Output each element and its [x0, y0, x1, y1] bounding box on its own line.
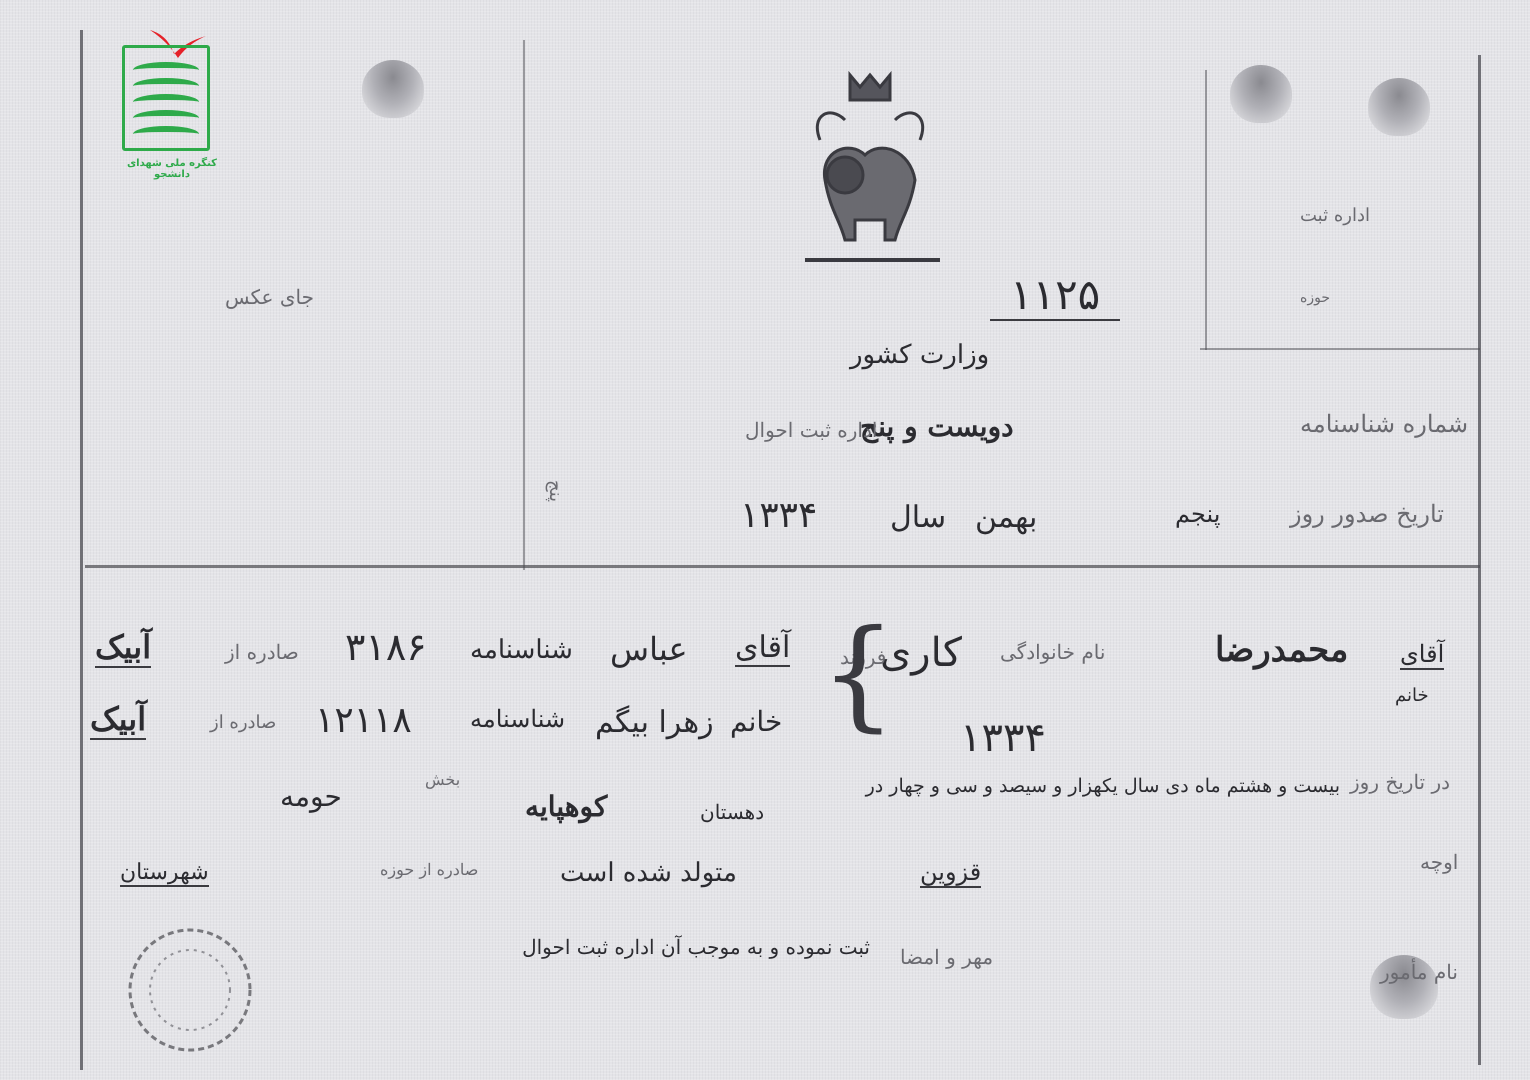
ministry-title: وزارت کشور — [850, 340, 989, 370]
birth-line1-text: بیست و هشتم ماه دی سال یکهزار و سیصد و س… — [840, 775, 1340, 797]
father-issued-from: آبیک — [95, 628, 151, 668]
father-issued-label: صادره از — [225, 640, 299, 664]
photo-box-divider — [523, 40, 525, 570]
father-title: آقای — [735, 630, 790, 667]
lion-and-sun-emblem-icon — [790, 70, 950, 280]
birth-line2-label: اوچه — [1420, 850, 1458, 874]
father-id-label: شناسنامه — [470, 635, 573, 665]
mother-issued-label: صادره از — [210, 712, 276, 733]
official-stamp-icon — [110, 900, 270, 1070]
birth-line1-label: در تاریخ روز — [1350, 770, 1450, 794]
id-number-label: شماره شناسنامه — [1300, 410, 1468, 438]
child-prefix-top: آقای — [1400, 640, 1444, 670]
birth-line2-text: متولد شده است — [560, 858, 737, 888]
issue-year-label: سال — [890, 500, 946, 535]
punch-hole-icon — [1368, 78, 1430, 136]
right-border — [1478, 55, 1481, 1065]
birth-county: قزوین — [920, 858, 981, 888]
child-surname-label: نام خانوادگی — [1000, 640, 1105, 664]
mother-issued-from: آبیک — [90, 700, 146, 740]
issuing-office: اداره ثبت احوال — [745, 418, 877, 442]
child-name: محمدرضا — [1215, 630, 1348, 670]
section-divider — [85, 565, 1480, 568]
mother-title: خانم — [730, 705, 782, 738]
mother-name: زهرا بیگم — [595, 705, 714, 740]
left-border — [80, 30, 83, 1070]
birth-city: شهرستان — [120, 860, 209, 887]
birth-place: دهستان — [700, 800, 764, 824]
issue-day: پنجم — [1175, 500, 1220, 528]
punch-hole-icon — [1230, 65, 1292, 123]
id-number-value: دویست و پنج — [860, 410, 1014, 443]
birth-parish: حومه — [280, 780, 342, 813]
birth-issued-note: صادره از حوزه — [380, 860, 478, 879]
corner-box-left-border — [1205, 70, 1207, 350]
footer-line-label: نام مأمور — [1380, 960, 1458, 984]
issue-year: ۱۳۳۴ — [740, 495, 817, 536]
mother-id-number: ۱۲۱۱۸ — [315, 700, 412, 741]
child-birth-year: ۱۳۳۴ — [960, 715, 1046, 761]
child-prefix-bottom: خانم — [1395, 685, 1429, 706]
footer-signature: مهر و امضا — [900, 945, 993, 969]
logo-caption: کنگره ملی شهدای دانشجو — [112, 158, 232, 180]
photo-place-label: جای عکس — [225, 285, 314, 309]
book-icon — [122, 45, 210, 151]
bracket-icon: { — [820, 615, 896, 735]
mother-id-label: شناسنامه — [470, 705, 565, 733]
issue-month: بهمن — [975, 500, 1037, 535]
side-note: پنج — [545, 480, 566, 502]
footer-line-text: ثبت نموده و به موجب آن اداره ثبت احوال — [450, 935, 870, 959]
punch-hole-icon — [362, 60, 424, 118]
registration-number: ۱۱۲۵ — [990, 270, 1120, 321]
corner-box-bottom-border — [1200, 348, 1480, 350]
birth-district: بخش — [425, 770, 460, 789]
father-name: عباس — [610, 630, 688, 668]
issue-date-label: تاریخ صدور روز — [1290, 500, 1444, 528]
corner-box-line1: اداره ثبت — [1300, 205, 1370, 226]
father-id-number: ۳۱۸۶ — [345, 625, 427, 669]
corner-box-line2: حوزه — [1300, 290, 1330, 306]
birth-village: کوهپایه — [525, 790, 607, 823]
